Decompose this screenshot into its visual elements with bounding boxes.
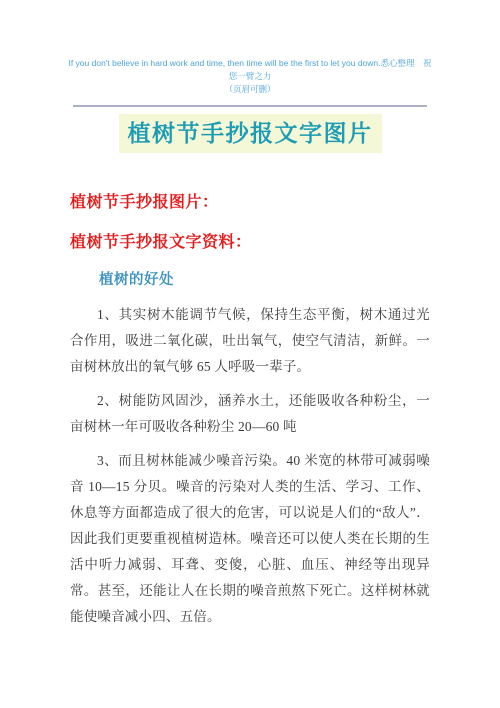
subsection-heading-benefits: 植树的好处 (99, 268, 430, 289)
paragraph-2: 2、树能防风固沙，涵养水土，还能吸收各种粉尘，一亩树林一年可吸收各种粉尘 20—… (70, 388, 430, 440)
document-page: If you don't believe in hard work and ti… (0, 0, 500, 708)
page-title: 植树节手抄报文字图片 (119, 114, 382, 153)
header-note-line2: （页眉可删） (68, 83, 432, 96)
paragraph-1: 1、其实树木能调节气候，保持生态平衡，树木通过光合作用，吸进二氧化碳，吐出氧气，… (70, 302, 430, 380)
paragraph-3: 3、而且树林能减少噪音污染。40 米宽的林带可减弱噪音 10—15 分贝。噪音的… (70, 448, 430, 630)
title-wrap: 植树节手抄报文字图片 (0, 114, 500, 153)
header-note: If you don't believe in hard work and ti… (68, 0, 432, 96)
header-note-line1: If you don't believe in hard work and ti… (68, 57, 432, 83)
section-heading-text: 植树节手抄报文字资料： (70, 229, 430, 252)
section-heading-images: 植树节手抄报图片： (70, 189, 430, 212)
header-divider (73, 105, 427, 107)
